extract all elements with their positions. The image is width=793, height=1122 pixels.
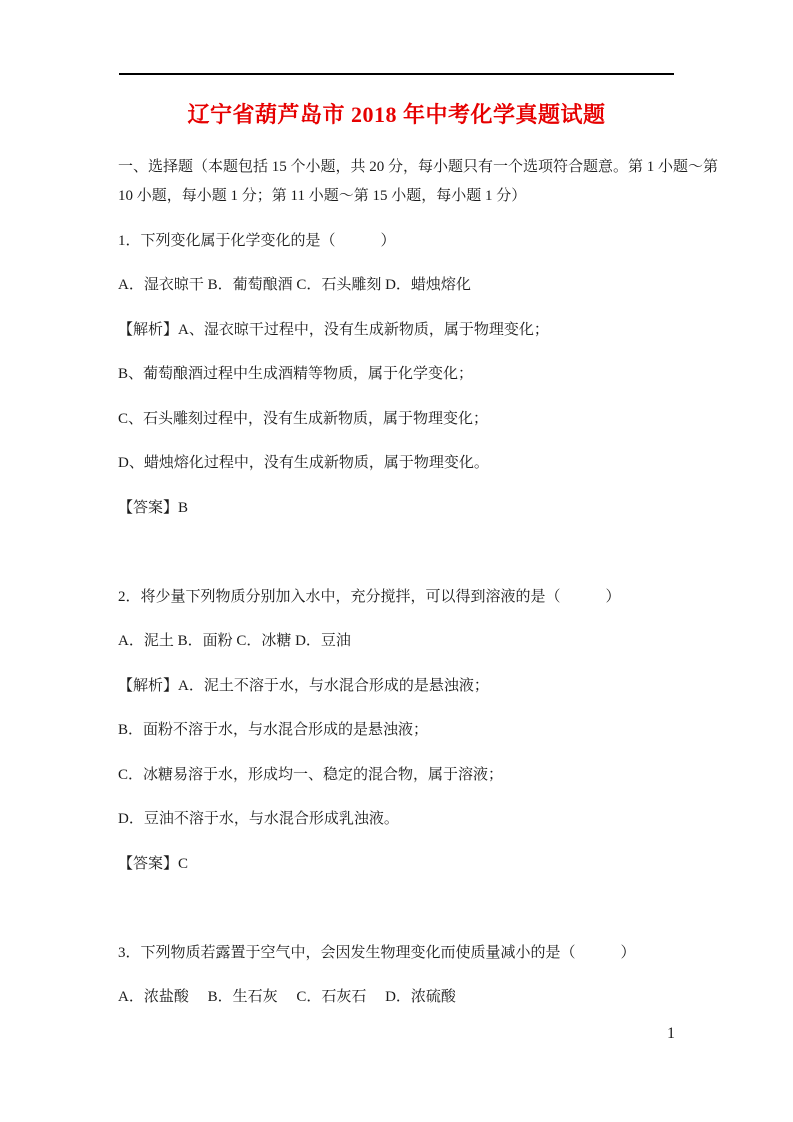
header-rule <box>119 73 674 75</box>
question-2-analysis-line: C．冰糖易溶于水，形成均一、稳定的混合物，属于溶液； <box>118 761 718 790</box>
question-2-analysis-line: B．面粉不溶于水，与水混合形成的是悬浊液； <box>118 716 718 745</box>
question-1-analysis-line: B、葡萄酿酒过程中生成酒精等物质，属于化学变化； <box>118 360 718 389</box>
question-1-stem: 1．下列变化属于化学变化的是（ ） <box>118 227 718 256</box>
page-number: 1 <box>118 1019 675 1048</box>
question-2-stem: 2．将少量下列物质分别加入水中，充分搅拌，可以得到溶液的是（ ） <box>118 583 718 612</box>
question-1-analysis-line: D、蜡烛熔化过程中，没有生成新物质，属于物理变化。 <box>118 449 718 478</box>
question-2-analysis-line: D．豆油不溶于水，与水混合形成乳浊液。 <box>118 805 718 834</box>
blank-line <box>118 538 718 567</box>
question-2-options: A．泥土 B．面粉 C．冰糖 D．豆油 <box>118 627 718 656</box>
question-1-answer: 【答案】B <box>118 494 718 523</box>
question-3-stem: 3．下列物质若露置于空气中，会因发生物理变化而使质量减小的是（ ） <box>118 939 718 968</box>
question-1-analysis-line: C、石头雕刻过程中，没有生成新物质，属于物理变化； <box>118 405 718 434</box>
section-intro-line: 10 小题，每小题 1 分；第 11 小题～第 15 小题，每小题 1 分） <box>118 182 718 211</box>
question-2-analysis-line: 【解析】A．泥土不溶于水，与水混合形成的是悬浊液； <box>118 672 718 701</box>
document-body: 一、选择题（本题包括 15 个小题，共 20 分，每小题只有一个选项符合题意。第… <box>118 153 718 1028</box>
question-2-answer: 【答案】C <box>118 850 718 879</box>
blank-line <box>118 894 718 923</box>
document-page: 辽宁省葫芦岛市 2018 年中考化学真题试题 一、选择题（本题包括 15 个小题… <box>0 0 793 1122</box>
document-title: 辽宁省葫芦岛市 2018 年中考化学真题试题 <box>0 100 793 130</box>
question-1-analysis-line: 【解析】A、湿衣晾干过程中，没有生成新物质，属于物理变化； <box>118 316 718 345</box>
question-3-options: A．浓盐酸 B．生石灰 C．石灰石 D．浓硫酸 <box>118 983 718 1012</box>
section-intro-line: 一、选择题（本题包括 15 个小题，共 20 分，每小题只有一个选项符合题意。第… <box>118 153 718 182</box>
question-1-options: A．湿衣晾干 B．葡萄酿酒 C．石头雕刻 D．蜡烛熔化 <box>118 271 718 300</box>
